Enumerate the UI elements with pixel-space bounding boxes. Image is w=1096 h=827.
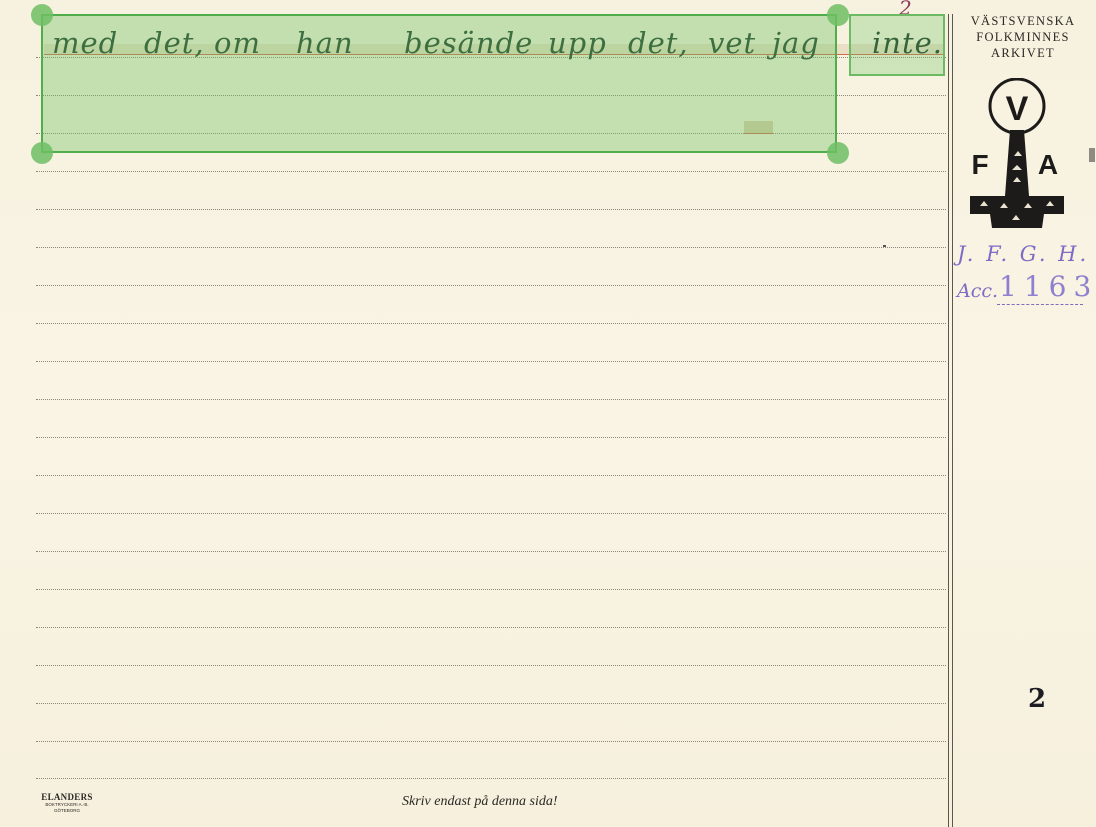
stamp-acc-label: Acc. [957, 280, 998, 302]
svg-text:F: F [971, 149, 988, 180]
printer-name: ELANDERS [36, 792, 98, 802]
printer-mark: ELANDERS BOKTRYCKERI A.-B. GÖTEBORG [36, 792, 98, 814]
ruled-line [36, 703, 946, 704]
archive-name-line: VÄSTSVENSKA [958, 13, 1088, 29]
ruled-line [36, 475, 946, 476]
resize-handle-bottom-right[interactable] [827, 142, 849, 164]
line-selection-box[interactable] [41, 14, 837, 153]
ruled-line [36, 361, 946, 362]
svg-text:A: A [1038, 149, 1058, 180]
stamp-acc-number: 1163 [999, 270, 1096, 303]
word-selection-box[interactable] [849, 14, 945, 76]
resize-handle-top-right[interactable] [827, 4, 849, 26]
logo-letter-v: V [1006, 90, 1029, 128]
ruled-line [36, 399, 946, 400]
margin-divider [948, 14, 953, 827]
ruled-line [36, 285, 946, 286]
ruled-line [36, 665, 946, 666]
stamp-underline [997, 304, 1083, 305]
stamp-initials: J. F. G. H. [957, 242, 1089, 266]
ruled-line [36, 171, 946, 172]
archive-name: VÄSTSVENSKA FOLKMINNES ARKIVET [958, 13, 1088, 61]
printer-city: BOKTRYCKERI A.-B. GÖTEBORG [36, 802, 98, 814]
ruled-line [36, 513, 946, 514]
archive-sheet: med det, om han besände upp det, vet jag… [0, 0, 1096, 827]
ruled-line [36, 627, 946, 628]
sheet-number: 2 [1028, 684, 1046, 714]
ruled-line [36, 551, 946, 552]
paper-mark [1089, 148, 1095, 162]
archive-logo: V F A [960, 78, 1080, 233]
paper-speck [883, 245, 886, 247]
ruled-line [36, 741, 946, 742]
resize-handle-bottom-left[interactable] [31, 142, 53, 164]
footer-instruction: Skriv endast på denna sida! [402, 794, 558, 810]
resize-handle-top-left[interactable] [31, 4, 53, 26]
archive-name-line: FOLKMINNES [958, 29, 1088, 45]
ruled-line [36, 247, 946, 248]
thors-hammer-icon: V F A [960, 78, 1080, 233]
ruled-line [36, 437, 946, 438]
ruled-line [36, 209, 946, 210]
archive-name-line: ARKIVET [958, 45, 1088, 61]
ruled-line [36, 323, 946, 324]
ruled-line [36, 589, 946, 590]
ruled-line [36, 778, 946, 779]
